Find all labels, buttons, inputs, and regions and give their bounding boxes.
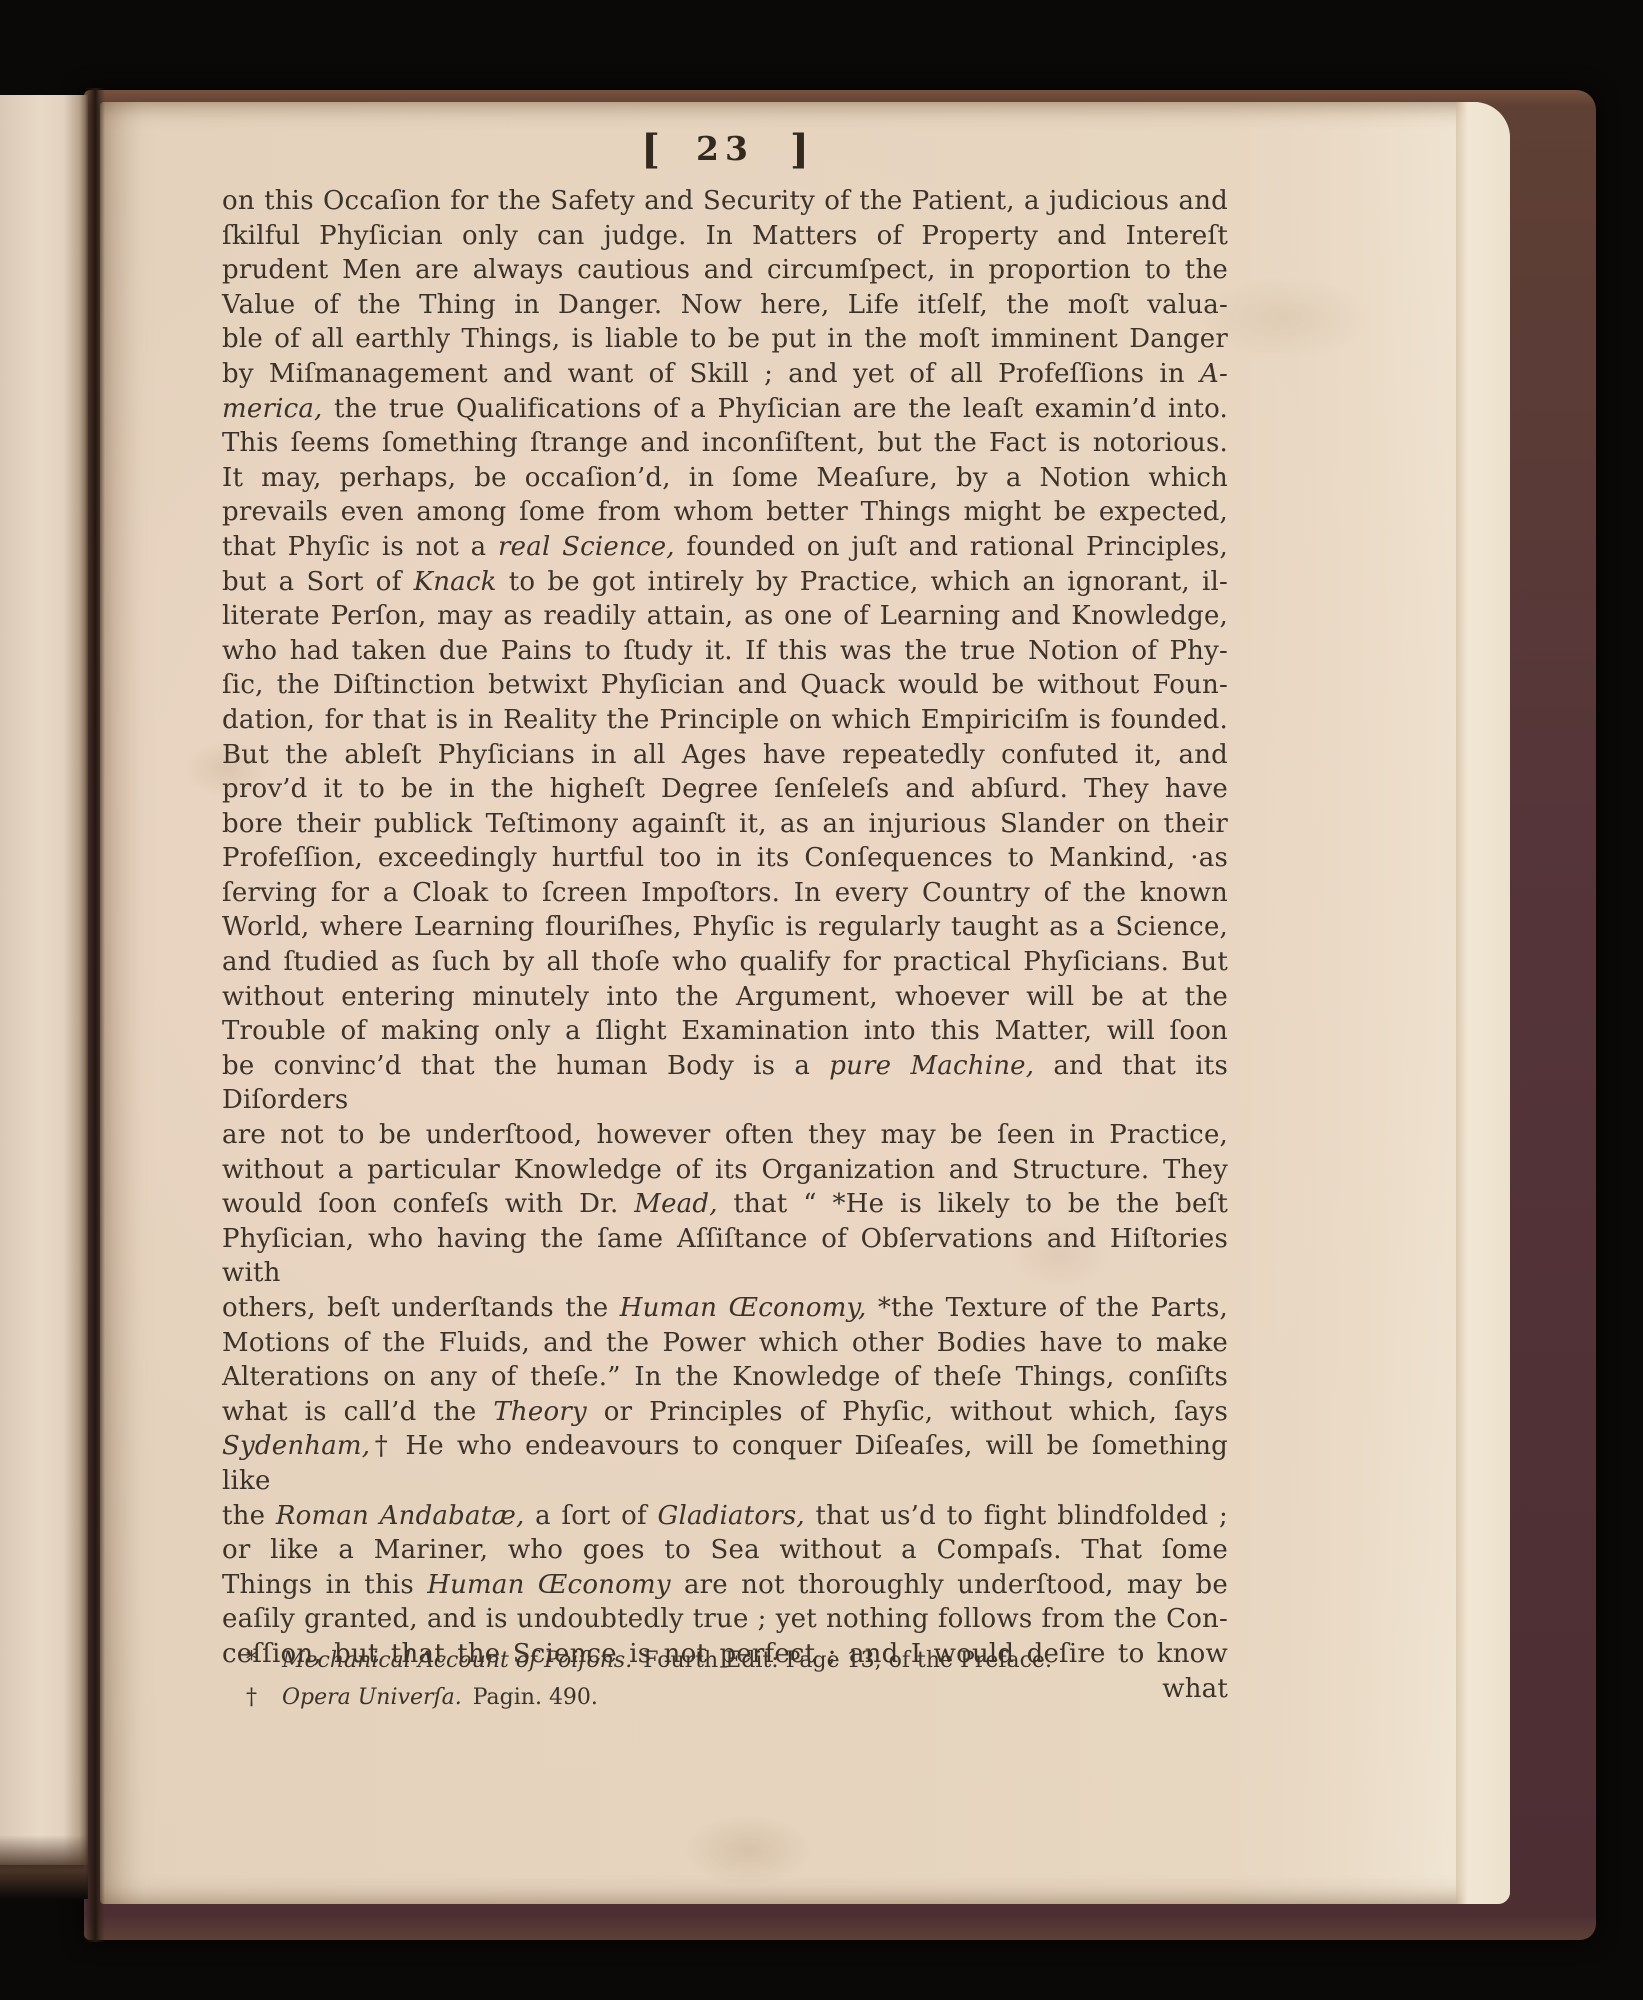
text-line: prevails even among ſome from whom bette… — [222, 495, 1228, 530]
regular-text: But the ableſt Phyſicians in all Ages ha… — [222, 740, 1228, 770]
text-line: prov’d it to be in the higheſt Degree ſe… — [222, 772, 1228, 807]
regular-text: bore their publick Teſtimony againſt it,… — [222, 809, 1228, 839]
regular-text: ble of all earthly Things, is liable to … — [222, 324, 1228, 354]
regular-text: Alterations on any of theſe.” In the Kno… — [222, 1362, 1228, 1392]
text-line: bore their publick Teſtimony againſt it,… — [222, 807, 1228, 842]
regular-text: Fourth Edit: Page 13, of the Preface. — [632, 1648, 1052, 1673]
italic-text: Human Œconomy — [427, 1570, 671, 1600]
text-line: World, where Learning flouriſhes, Phyſic… — [222, 910, 1228, 945]
text-line: It may, perhaps, be occaſion’d, in ſome … — [222, 461, 1228, 496]
regular-text: without entering minutely into the Argum… — [222, 982, 1228, 1012]
text-line: But the ableſt Phyſicians in all Ages ha… — [222, 738, 1228, 773]
regular-text: the true Qualifications of a Phyſician a… — [323, 394, 1228, 424]
regular-text: eaſily granted, and is undoubtedly true … — [222, 1604, 1228, 1634]
regular-text: and ſtudied as ſuch by all thoſe who qua… — [222, 947, 1228, 977]
italic-text: Theory — [493, 1397, 586, 1427]
page-number: [23] — [222, 126, 1228, 173]
text-line: are not to be underſtood, however often … — [222, 1118, 1228, 1153]
regular-text: *the Texture of the Parts, — [866, 1293, 1228, 1323]
text-line: Profeſſion, exceedingly hurtful too in i… — [222, 841, 1228, 876]
text-line: without a particular Knowledge of its Or… — [222, 1153, 1228, 1188]
text-line: ſkilful Phyſician only can judge. In Mat… — [222, 219, 1228, 254]
regular-text: ſerving for a Cloak to ſcreen Impoſtors.… — [222, 878, 1228, 908]
text-line: Alterations on any of theſe.” In the Kno… — [222, 1360, 1228, 1395]
regular-text: but a Sort of — [222, 567, 414, 597]
text-line: but a Sort of Knack to be got intirely b… — [222, 565, 1228, 600]
regular-text: Trouble of making only a ſlight Examinat… — [222, 1016, 1228, 1046]
regular-text: Profeſſion, exceedingly hurtful too in i… — [222, 843, 1228, 873]
footnote: †Opera Univerſa. Pagin. 490. — [246, 1679, 1146, 1716]
text-line: ſerving for a Cloak to ſcreen Impoſtors.… — [222, 876, 1228, 911]
regular-text: prudent Men are always cautious and circ… — [222, 255, 1228, 285]
footnote-marker: * — [246, 1642, 282, 1679]
regular-text: a ſort of — [524, 1501, 657, 1531]
regular-text: It may, perhaps, be occaſion’d, in ſome … — [222, 463, 1228, 493]
facing-page-edge — [0, 95, 88, 1865]
italic-text: Knack — [414, 567, 497, 597]
text-line: literate Perſon, may as readily attain, … — [222, 599, 1228, 634]
regular-text: ſic, the Diſtinction betwixt Phyſician a… — [222, 670, 1228, 700]
text-line: who had taken due Pains to ſtudy it. If … — [222, 634, 1228, 669]
italic-text: merica, — [222, 394, 323, 424]
scanned-page: [23] on this Occaſion for the Safety and… — [100, 102, 1510, 1904]
text-line: on this Occaſion for the Safety and Secu… — [222, 184, 1228, 219]
text-line: what is call’d the Theory or Principles … — [222, 1395, 1228, 1430]
regular-text: ſkilful Phyſician only can judge. In Mat… — [222, 221, 1228, 251]
regular-text: would ſoon confeſs with Dr. — [222, 1189, 634, 1219]
text-line: and ſtudied as ſuch by all thoſe who qua… — [222, 945, 1228, 980]
regular-text: literate Perſon, may as readily attain, … — [222, 601, 1228, 631]
italic-text: Human Œconomy, — [620, 1293, 867, 1323]
text-line: dation, for that is in Reality the Princ… — [222, 703, 1228, 738]
regular-text: Phyſician, who having the ſame Aſſiſtanc… — [222, 1224, 1228, 1289]
footnote: *Mechanical Account of Poiſons. Fourth E… — [246, 1642, 1146, 1679]
italic-text: Sydenham, — [222, 1431, 370, 1461]
regular-text: prevails even among ſome from whom bette… — [222, 497, 1228, 527]
page-fore-edge — [1456, 102, 1510, 1904]
text-line: Value of the Thing in Danger. Now here, … — [222, 288, 1228, 323]
text-line: without entering minutely into the Argum… — [222, 980, 1228, 1015]
regular-text: or Principles of Phyſic, without which, … — [587, 1397, 1228, 1427]
regular-text: Things in this — [222, 1570, 427, 1600]
regular-text: Value of the Thing in Danger. Now here, … — [222, 290, 1228, 320]
italic-text: Mechanical Account of Poiſons. — [282, 1648, 632, 1673]
page-number-open-bracket: [ — [641, 126, 660, 173]
text-line: be convinc’d that the human Body is a pu… — [222, 1049, 1228, 1118]
regular-text: are not thoroughly underſtood, may be — [671, 1570, 1228, 1600]
gutter-shadow — [85, 88, 105, 1942]
italic-text: pure Machine, — [829, 1051, 1034, 1081]
regular-text: others, beſt underſtands the — [222, 1293, 620, 1323]
regular-text: prov’d it to be in the higheſt Degree ſe… — [222, 774, 1228, 804]
text-line: others, beſt underſtands the Human Œcono… — [222, 1291, 1228, 1326]
text-line: This ſeems ſomething ſtrange and inconſi… — [222, 426, 1228, 461]
text-line: would ſoon confeſs with Dr. Mead, that “… — [222, 1187, 1228, 1222]
text-line: Motions of the Fluids, and the Power whi… — [222, 1326, 1228, 1361]
text-line: merica, the true Qualifications of a Phy… — [222, 392, 1228, 427]
photo-background: [23] on this Occaſion for the Safety and… — [0, 0, 1643, 2000]
text-line: that Phyſic is not a real Science, found… — [222, 530, 1228, 565]
regular-text: or like a Mariner, who goes to Sea witho… — [222, 1535, 1228, 1565]
regular-text: to be got intirely by Practice, which an… — [497, 567, 1228, 597]
text-line: Sydenham,† He who endeavours to conquer … — [222, 1429, 1228, 1498]
text-line: ſic, the Diſtinction betwixt Phyſician a… — [222, 668, 1228, 703]
text-line: eaſily granted, and is undoubtedly true … — [222, 1602, 1228, 1637]
text-line: Things in this Human Œconomy are not tho… — [222, 1568, 1228, 1603]
regular-text: what is call’d the — [222, 1397, 493, 1427]
text-line: or like a Mariner, who goes to Sea witho… — [222, 1533, 1228, 1568]
regular-text: † He who endeavours to conquer Diſeaſes,… — [222, 1431, 1228, 1496]
regular-text: the — [222, 1501, 276, 1531]
italic-text: Mead, — [634, 1189, 717, 1219]
footnote-marker: † — [246, 1679, 282, 1716]
body-text: on this Occaſion for the Safety and Secu… — [222, 184, 1228, 1706]
regular-text: be convinc’d that the human Body is a — [222, 1051, 829, 1081]
text-line: prudent Men are always cautious and circ… — [222, 253, 1228, 288]
regular-text: World, where Learning flouriſhes, Phyſic… — [222, 912, 1228, 942]
regular-text: on this Occaſion for the Safety and Secu… — [222, 186, 1228, 216]
regular-text: that us’d to fight blindfolded ; — [805, 1501, 1228, 1531]
text-line: the Roman Andabatæ, a ſort of Gladiators… — [222, 1499, 1228, 1534]
regular-text: without a particular Knowledge of its Or… — [222, 1155, 1228, 1185]
regular-text: Pagin. 490. — [462, 1685, 598, 1710]
italic-text: A- — [1200, 359, 1228, 389]
footnotes: *Mechanical Account of Poiſons. Fourth E… — [246, 1642, 1146, 1716]
regular-text: Motions of the Fluids, and the Power whi… — [222, 1328, 1228, 1358]
page-number-close-bracket: ] — [790, 126, 809, 173]
regular-text: are not to be underſtood, however often … — [222, 1120, 1228, 1150]
text-line: by Miſmanagement and want of Skill ; and… — [222, 357, 1228, 392]
text-line: Trouble of making only a ſlight Examinat… — [222, 1014, 1228, 1049]
regular-text: that “ *He is likely to be the beſt — [718, 1189, 1228, 1219]
italic-text: Opera Univerſa. — [282, 1685, 462, 1710]
page-number-value: 23 — [696, 129, 754, 168]
text-line: Phyſician, who having the ſame Aſſiſtanc… — [222, 1222, 1228, 1291]
regular-text: dation, for that is in Reality the Princ… — [222, 705, 1228, 735]
regular-text: founded on juſt and rational Principles, — [675, 532, 1228, 562]
italic-text: Roman Andabatæ, — [276, 1501, 525, 1531]
regular-text: by Miſmanagement and want of Skill ; and… — [222, 359, 1200, 389]
italic-text: Gladiators, — [657, 1501, 804, 1531]
text-line: ble of all earthly Things, is liable to … — [222, 322, 1228, 357]
italic-text: real Science, — [498, 532, 675, 562]
regular-text: This ſeems ſomething ſtrange and inconſi… — [222, 428, 1228, 458]
regular-text: who had taken due Pains to ſtudy it. If … — [222, 636, 1228, 666]
regular-text: that Phyſic is not a — [222, 532, 498, 562]
